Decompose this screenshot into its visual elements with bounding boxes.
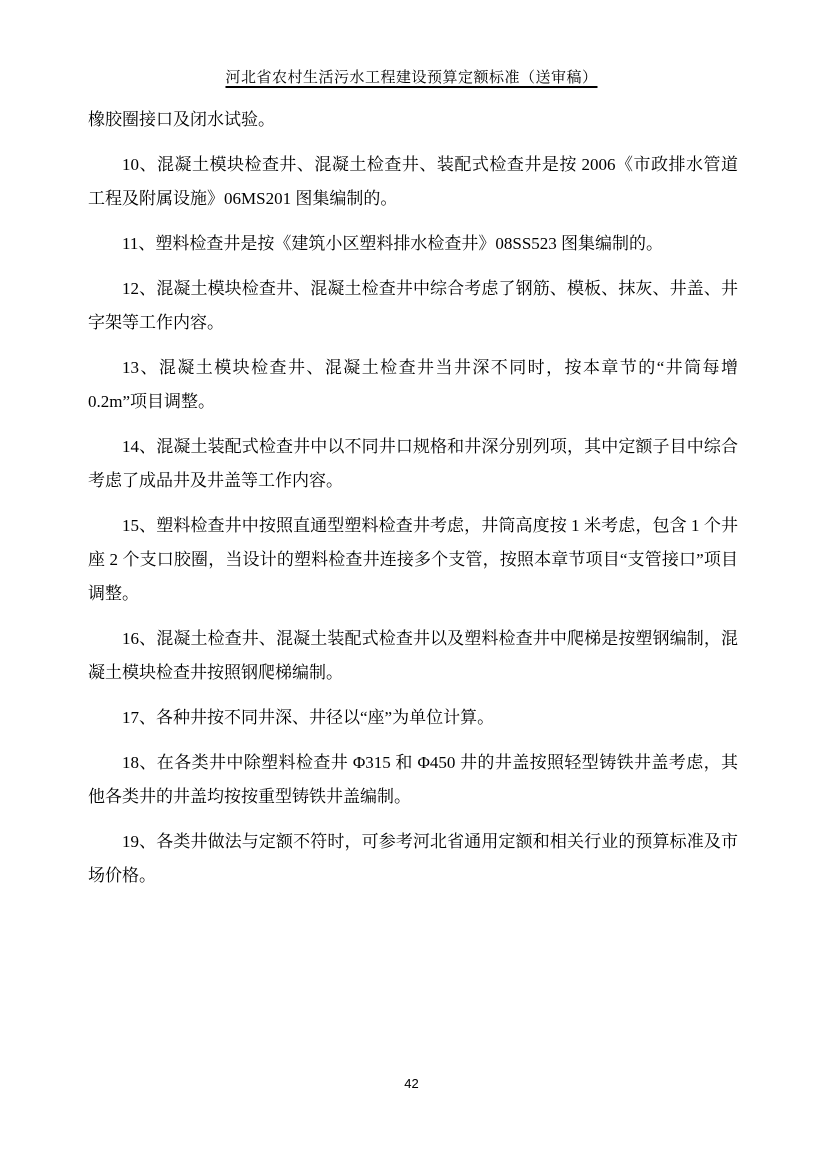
paragraph-item-16: 16、混凝土检查井、混凝土装配式检查井以及塑料检查井中爬梯是按塑钢编制，混凝土模… <box>88 622 738 690</box>
paragraph-item-19: 19、各类井做法与定额不符时，可参考河北省通用定额和相关行业的预算标准及市场价格… <box>88 825 738 893</box>
document-body: 橡胶圈接口及闭水试验。 10、混凝土模块检查井、混凝土检查井、装配式检查井是按 … <box>88 103 738 904</box>
page-number: 42 <box>404 1076 418 1091</box>
paragraph-item-14: 14、混凝土装配式检查井中以不同井口规格和井深分别列项，其中定额子目中综合考虑了… <box>88 430 738 498</box>
page-footer: 42 <box>0 1074 823 1094</box>
document-title: 河北省农村生活污水工程建设预算定额标准（送审稿） <box>225 67 597 89</box>
paragraph-item-15: 15、塑料检查井中按照直通型塑料检查井考虑，井筒高度按 1 米考虑，包含 1 个… <box>88 509 738 611</box>
paragraph-continuation: 橡胶圈接口及闭水试验。 <box>88 103 738 137</box>
paragraph-item-10: 10、混凝土模块检查井、混凝土检查井、装配式检查井是按 2006《市政排水管道工… <box>88 148 738 216</box>
paragraph-item-11: 11、塑料检查井是按《建筑小区塑料排水检查井》08SS523 图集编制的。 <box>88 227 738 261</box>
paragraph-item-13: 13、混凝土模块检查井、混凝土检查井当井深不同时，按本章节的“井筒每增 0.2m… <box>88 351 738 419</box>
document-page: 河北省农村生活污水工程建设预算定额标准（送审稿） 橡胶圈接口及闭水试验。 10、… <box>0 0 823 1165</box>
paragraph-item-18: 18、在各类井中除塑料检查井 Φ315 和 Φ450 井的井盖按照轻型铸铁井盖考… <box>88 746 738 814</box>
page-header: 河北省农村生活污水工程建设预算定额标准（送审稿） <box>0 67 823 89</box>
paragraph-item-12: 12、混凝土模块检查井、混凝土检查井中综合考虑了钢筋、模板、抹灰、井盖、井字架等… <box>88 272 738 340</box>
paragraph-item-17: 17、各种井按不同井深、井径以“座”为单位计算。 <box>88 701 738 735</box>
